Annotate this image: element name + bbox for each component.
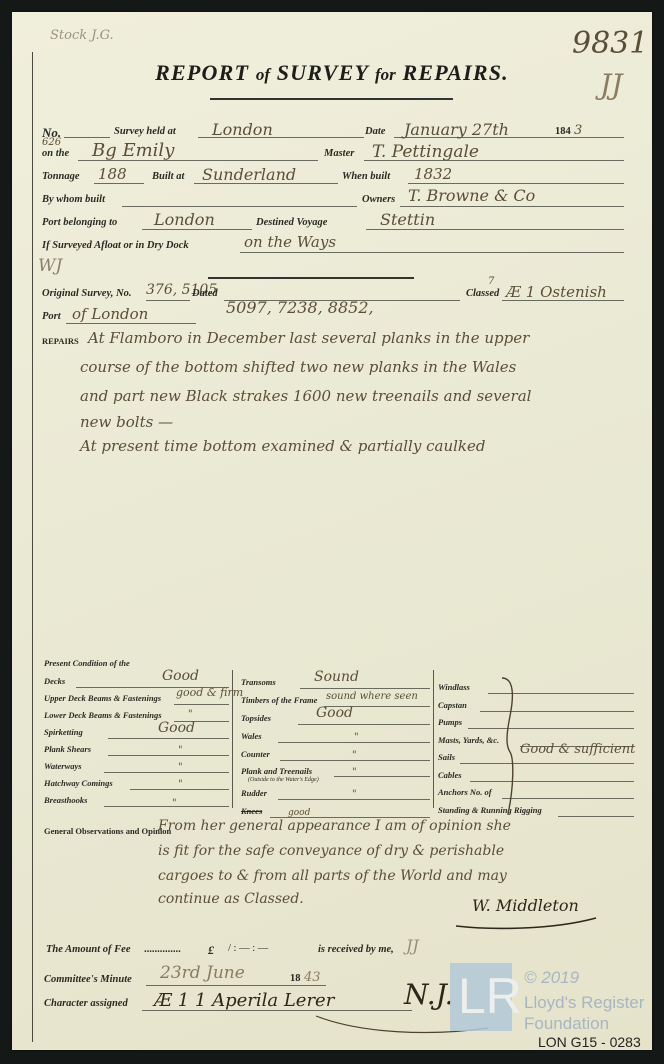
cond-value-waterways: " (178, 762, 183, 773)
dated-label: Dated (192, 288, 218, 299)
top-left-note: Stock J.G. (50, 28, 114, 43)
cond-label-transoms: Transoms (241, 677, 276, 687)
port-belonging-value: London (154, 210, 215, 229)
cond-value-wales: " (354, 732, 359, 743)
cond-label-lower-deck-beams: Lower Deck Beams & Fastenings (44, 710, 162, 720)
cond-label-masts-yards: Masts, Yards, &c. (438, 735, 499, 745)
repairs-label: REPAIRS (42, 336, 79, 346)
watermark-copyright: © 2019 (524, 968, 579, 988)
afloat-value: on the Ways (244, 233, 336, 251)
classed-value: Æ 1 Ostenish (506, 283, 607, 301)
cond-label-spirketting: Spirketting (44, 727, 83, 737)
original-survey-label: Original Survey, No. (42, 288, 131, 299)
built-at-value: Sunderland (202, 165, 296, 184)
cond-label-rudder: Rudder (241, 788, 267, 798)
cond-value-decks: Good (162, 668, 199, 684)
year-suffix: 3 (574, 123, 582, 138)
repairs-line-3: and part new Black strakes 1600 new tree… (80, 382, 531, 411)
year-prefix: 184 (555, 126, 571, 137)
date-label: Date (365, 126, 385, 137)
cond-sublabel-plank-treenails: (Outside to the Water's Edge) (248, 777, 319, 783)
owners-value: T. Browne & Co (408, 186, 535, 205)
cond-value-plank-shears: " (178, 745, 183, 756)
character-value: Æ 1 1 Aperila Lerer (154, 990, 334, 1011)
character-label: Character assigned (44, 998, 128, 1009)
classed-superscript: 7 (488, 276, 494, 287)
document-number: 9831 (572, 26, 648, 61)
port-label: Port (42, 311, 61, 322)
cond-label-timbers-frame: Timbers of the Frame (241, 695, 317, 705)
fee-received-label: is received by me, (318, 944, 394, 955)
title-word-for: for (375, 65, 396, 84)
cond-label-anchors: Anchors No. of (438, 787, 492, 797)
cond-label-counter: Counter (241, 749, 270, 759)
repairs-line-5: At present time bottom examined & partia… (80, 432, 485, 461)
cond-label-waterways: Waterways (44, 761, 82, 771)
fee-value: / : — : — (228, 943, 268, 954)
repairs-line-2: course of the bottom shifted two new pla… (80, 353, 516, 382)
cond-label-topsides: Topsides (241, 713, 271, 723)
observations-label: General Observations and Opinion (44, 826, 171, 836)
classed-label: Classed (466, 288, 499, 299)
brace-stroke-icon (500, 676, 520, 816)
cond-label-pumps: Pumps (438, 717, 462, 727)
cond-label-wales: Wales (241, 731, 262, 741)
cond-label-capstan: Capstan (438, 700, 467, 710)
title-word-repairs: REPAIRS. (402, 60, 508, 85)
cond-value-timbers-frame: sound where seen (326, 691, 418, 702)
date-value: January 27th (404, 120, 509, 139)
observations-line-3: cargoes to & from all parts of the World… (158, 864, 507, 889)
cond-value-upper-deck-beams: good & firm (176, 686, 243, 699)
cond-value-spirketting: Good (158, 720, 195, 736)
cond-label-plank-shears: Plank Shears (44, 744, 91, 754)
when-built-label: When built (342, 171, 390, 182)
left-margin-rule (32, 52, 33, 1042)
committee-label: Committee's Minute (44, 974, 132, 985)
margin-initials: WJ (38, 256, 62, 276)
signature-flourish-icon (452, 912, 602, 932)
title-rule (210, 98, 453, 100)
owners-label: Owners (362, 194, 395, 205)
destined-voyage-label: Destined Voyage (256, 217, 327, 228)
cond-label-hatchway-comings: Hatchway Comings (44, 778, 113, 788)
fee-label: The Amount of Fee (46, 944, 131, 955)
cond-value-breasthooks: " (172, 798, 177, 809)
archive-reference: LON G15 - 0283 (538, 1034, 641, 1050)
cond-label-decks: Decks (44, 676, 65, 686)
when-built-value: 1832 (414, 165, 452, 183)
cond-label-breasthooks: Breasthooks (44, 795, 87, 805)
fee-initials: JJ (406, 936, 419, 955)
title-word-report: REPORT (155, 60, 249, 85)
survey-document: Stock J.G. 9831 JJ REPORT of SURVEY for … (12, 12, 652, 1050)
cond-value-lower-deck-beams: " (188, 709, 193, 720)
title-word-survey: SURVEY (277, 60, 369, 85)
lr-logo-text: LR (458, 967, 522, 1025)
no-value: 626 (42, 137, 61, 148)
committee-year-prefix: 18 (290, 973, 301, 984)
destined-voyage-value: Stettin (380, 210, 435, 229)
fee-currency: £ (208, 943, 214, 958)
cond-value-counter: " (352, 750, 357, 761)
lr-logo: LR (450, 963, 512, 1031)
master-label: Master (324, 148, 354, 159)
port-belonging-label: Port belonging to (42, 217, 117, 228)
survey-held-at-value: London (212, 120, 273, 139)
tonnage-value: 188 (98, 165, 127, 183)
cond-value-transoms: Sound (314, 669, 359, 685)
master-value: T. Pettingale (372, 142, 479, 162)
cond-value-hatchway-comings: " (178, 779, 183, 790)
observations-line-4: continue as Classed. (158, 887, 304, 912)
tonnage-label: Tonnage (42, 171, 80, 182)
cond-label-cables: Cables (438, 770, 462, 780)
watermark-org-line-2: Foundation (524, 1014, 609, 1034)
chairman-signature: N.J. (404, 978, 454, 1011)
vessel-name: Bg Emily (92, 140, 174, 161)
original-survey-extra-numbers: 5097, 7238, 8852, (226, 298, 374, 317)
cond-label-sails: Sails (438, 752, 455, 762)
afloat-label: If Surveyed Afloat or in Dry Dock (42, 240, 189, 251)
cond-label-upper-deck-beams: Upper Deck Beams & Fastenings (44, 693, 161, 703)
cond-value-topsides: Good (316, 705, 353, 721)
repairs-line-1: At Flamboro in December last several pla… (88, 324, 529, 353)
built-at-label: Built at (152, 171, 184, 182)
cond-label-plank-treenails: Plank and Treenails (241, 766, 312, 776)
watermark-org-line-1: Lloyd's Register (524, 993, 644, 1013)
observations-line-1: From her general appearance I am of opin… (158, 814, 511, 839)
port-value: of London (72, 305, 148, 323)
cond-value-rudder: " (352, 789, 357, 800)
by-whom-built-label: By whom built (42, 194, 105, 205)
committee-year-suffix: 43 (304, 970, 321, 985)
observations-line-2: is fit for the safe conveyance of dry & … (158, 839, 504, 864)
condition-heading: Present Condition of the (44, 658, 130, 668)
cond-label-windlass: Windlass (438, 682, 470, 692)
committee-value: 23rd June (160, 963, 245, 983)
cond-value-sails: Good & sufficient (520, 742, 635, 757)
page-title: REPORT of SURVEY for REPAIRS. (12, 60, 652, 86)
cond-value-plank-treenails: " (352, 767, 357, 778)
fee-dots: .............. (144, 944, 181, 955)
title-word-of: of (256, 65, 270, 84)
on-the-label: on the (42, 148, 69, 159)
survey-held-at-label: Survey held at (114, 126, 176, 137)
